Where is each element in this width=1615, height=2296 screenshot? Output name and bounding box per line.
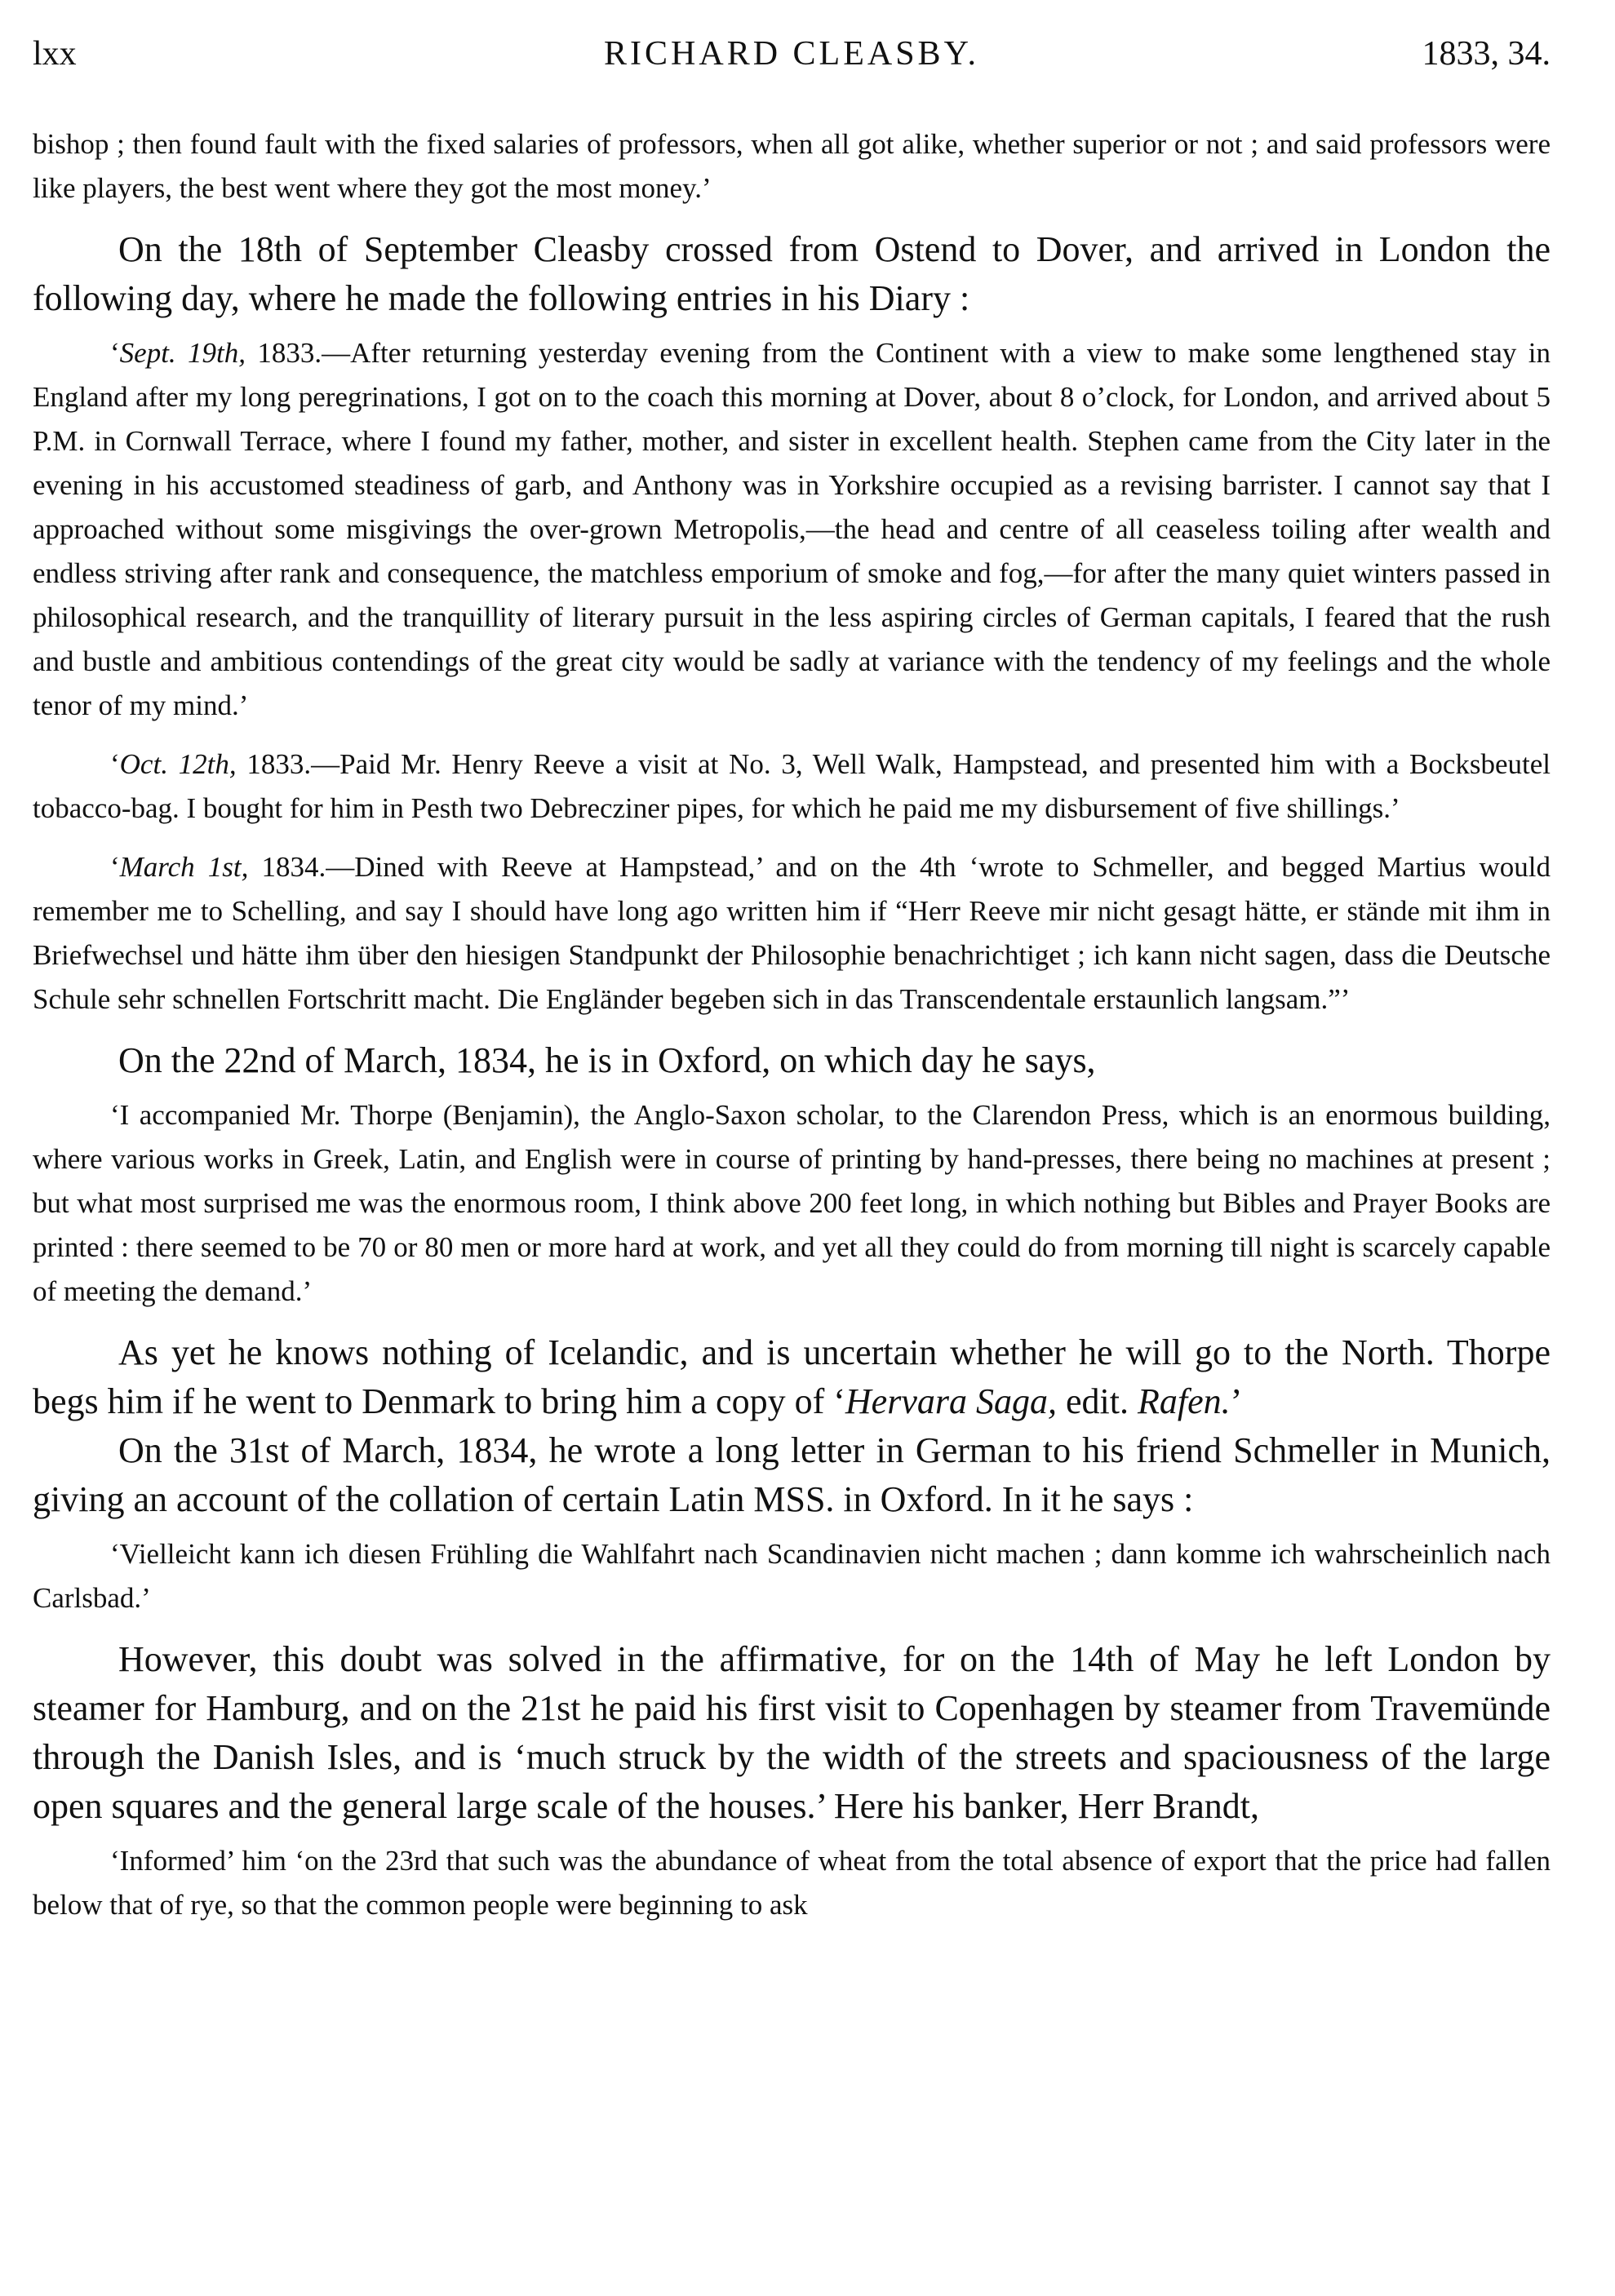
running-title: RICHARD CLEASBY. xyxy=(33,34,1551,73)
body-text: bishop ; then found fault with the fixed… xyxy=(33,122,1551,1927)
paragraph-quote-clarendon: ‘I accompanied Mr. Thorpe (Benjamin), th… xyxy=(33,1093,1551,1314)
paragraph-narrative: On the 18th of September Cleasby crossed… xyxy=(33,225,1551,323)
entry-date: Oct. 12th, xyxy=(120,748,237,780)
paragraph-quote-german: ‘Vielleicht kann ich diesen Frühling die… xyxy=(33,1532,1551,1620)
entry-date: March 1st, xyxy=(120,851,249,883)
paragraph-narrative-icelandic: As yet he knows nothing of Icelandic, an… xyxy=(33,1328,1551,1426)
running-header: lxx RICHARD CLEASBY. 1833, 34. xyxy=(33,34,1551,83)
paragraph-narrative: On the 22nd of March, 1834, he is in Oxf… xyxy=(33,1036,1551,1085)
diary-entry-march-1: ‘March 1st, 1834.—Dined with Reeve at Ha… xyxy=(33,845,1551,1022)
paragraph-narrative: On the 31st of March, 1834, he wrote a l… xyxy=(33,1426,1551,1524)
editor-name: Rafen. xyxy=(1138,1381,1231,1421)
diary-entry-sept-19: ‘Sept. 19th, 1833.—After returning yeste… xyxy=(33,331,1551,728)
header-years: 1833, 34. xyxy=(1422,34,1551,73)
diary-entry-oct-12: ‘Oct. 12th, 1833.—Paid Mr. Henry Reeve a… xyxy=(33,742,1551,831)
entry-date: Sept. 19th, xyxy=(120,337,246,369)
book-title: Hervara Saga, xyxy=(845,1381,1057,1421)
paragraph-quote: bishop ; then found fault with the fixed… xyxy=(33,122,1551,211)
paragraph-narrative: However, this doubt was solved in the af… xyxy=(33,1635,1551,1831)
paragraph-quote-brandt: ‘Informed’ him ‘on the 23rd that such wa… xyxy=(33,1839,1551,1927)
